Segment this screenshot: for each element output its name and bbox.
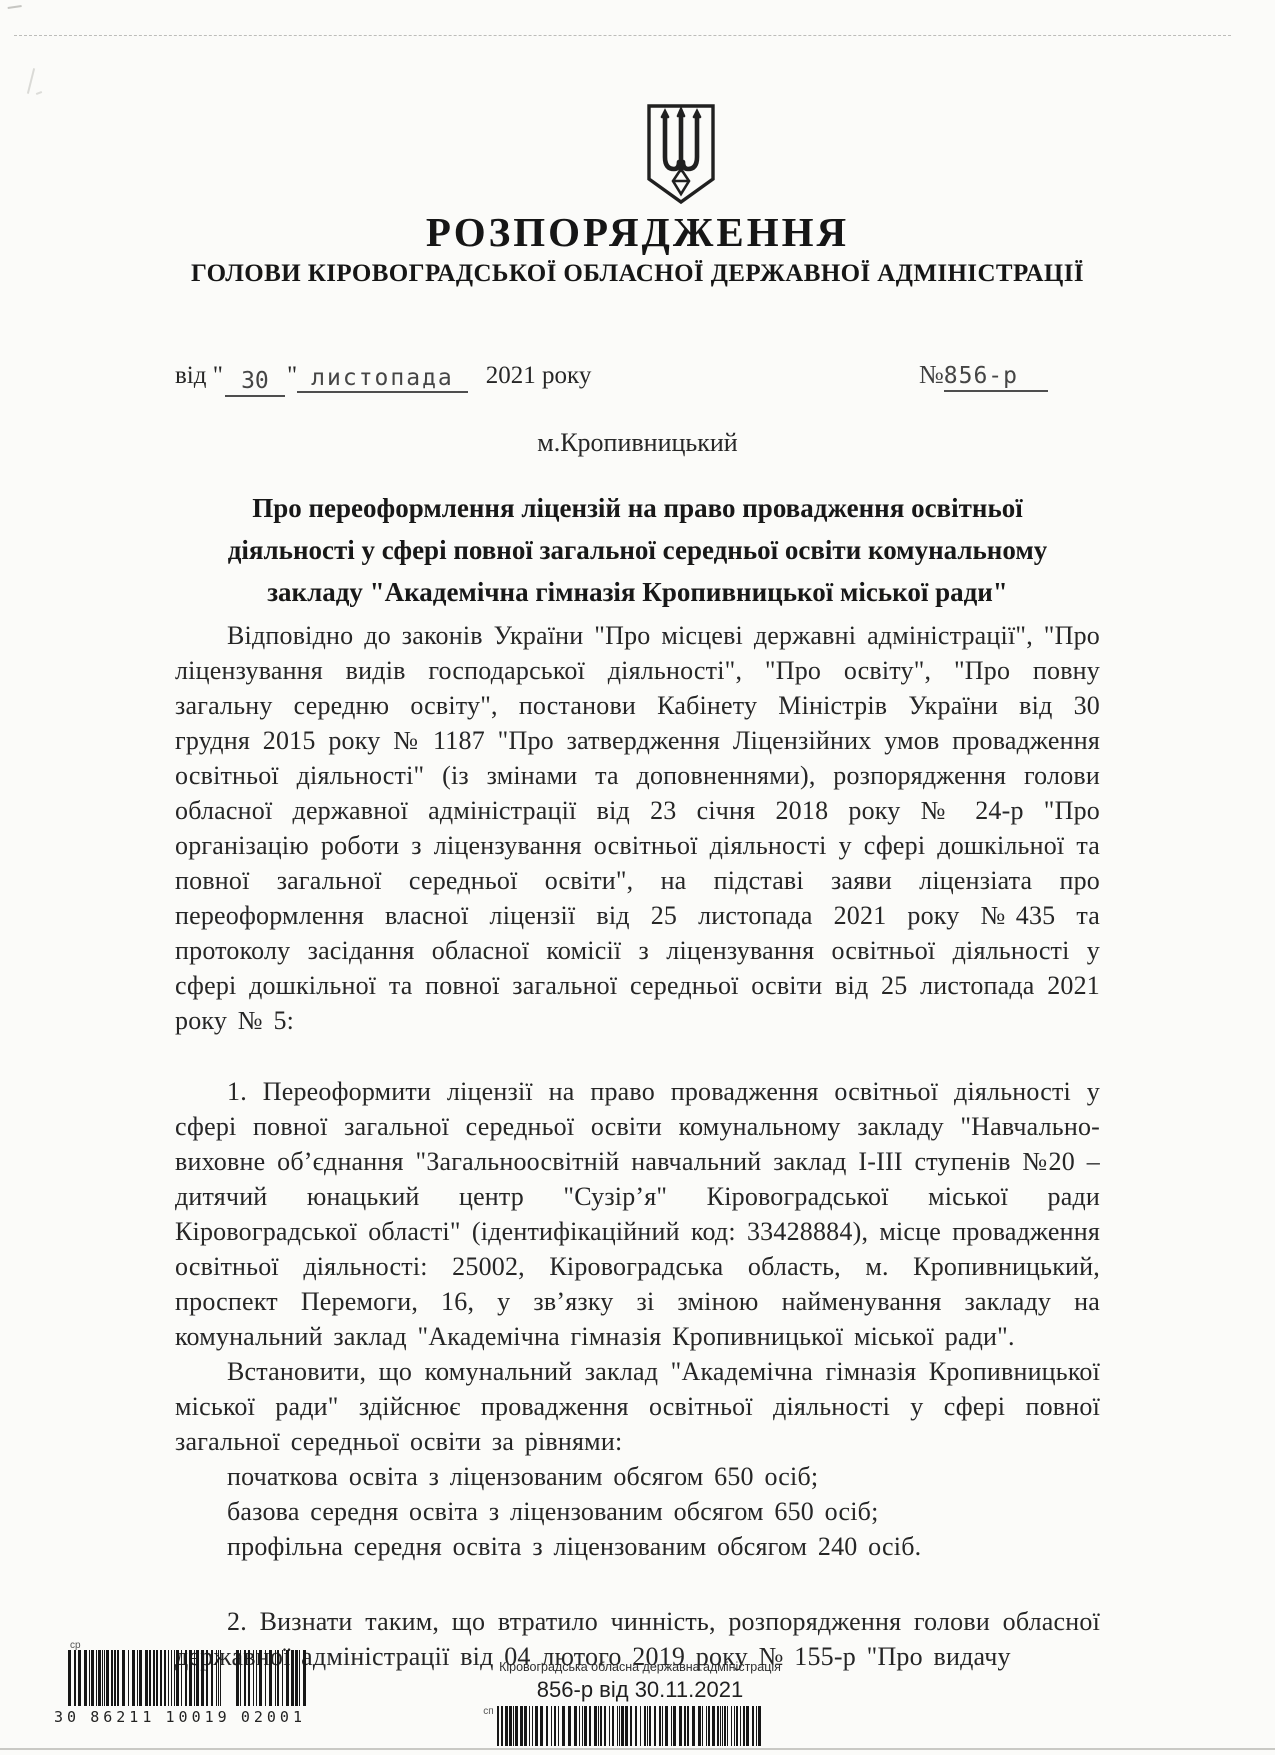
date-day-stamp: 30 <box>225 368 285 397</box>
scan-artifact-line <box>14 35 1231 36</box>
scan-edge-line <box>0 1748 1275 1750</box>
date-prefix: від " <box>175 362 223 389</box>
barcode-center-row: сп <box>370 1706 910 1746</box>
barcode-prefix-center: сп <box>483 1706 493 1717</box>
document-page: РОЗПОРЯДЖЕННЯ ГОЛОВИ КІРОВОГРАДСЬКОЇ ОБЛ… <box>0 0 1275 1755</box>
stamp-number: 856-р від 30.11.2021 <box>370 1677 910 1703</box>
barcode-center <box>497 1706 797 1746</box>
license-levels-list: початкова освіта з ліцензованим обсягом … <box>175 1459 1100 1564</box>
barcode-digits: 30 86211 10019 02001 <box>54 1708 306 1726</box>
date-quote: " <box>287 362 297 389</box>
level-item-primary: початкова освіта з ліцензованим обсягом … <box>227 1459 1100 1494</box>
number-value: 856-р <box>944 363 1048 392</box>
date-year: 2021 року <box>486 362 592 389</box>
date-month-stamp: листопада <box>297 365 468 393</box>
document-body: Відповідно до законів України "Про місце… <box>175 618 1100 1674</box>
barcode-left-addon <box>236 1650 306 1706</box>
scan-artifact-mark <box>27 68 35 94</box>
scan-artifact-mark <box>8 5 23 14</box>
authority-heading: ГОЛОВИ КІРОВОГРАДСЬКОЇ ОБЛАСНОЇ ДЕРЖАВНО… <box>130 260 1145 288</box>
barcode-left: ср 30 86211 10019 02001 <box>54 1640 312 1726</box>
number-sign: № <box>919 360 944 389</box>
scan-artifact-mark <box>36 91 42 95</box>
level-item-profile: профільна середня освіта з ліцензованим … <box>227 1529 1100 1564</box>
stamp-organization: Кіровоградська обласна державна адмініст… <box>370 1660 910 1675</box>
barcode-digit-group: 86211 <box>90 1708 155 1726</box>
barcode-left-main <box>68 1650 222 1706</box>
ukraine-trident-emblem <box>644 102 718 206</box>
paragraph-legal-basis: Відповідно до законів України "Про місце… <box>175 618 1100 1038</box>
date-line: від "30"листопада2021 року <box>175 362 591 392</box>
barcode-prefix-left: ср <box>70 1640 81 1651</box>
barcode-digit-group: 30 <box>54 1708 80 1726</box>
registration-stamp: Кіровоградська обласна державна адмініст… <box>370 1660 910 1746</box>
document-type-heading: РОЗПОРЯДЖЕННЯ <box>175 208 1100 256</box>
paragraph-establish: Встановити, що комунальний заклад "Акаде… <box>175 1354 1100 1459</box>
barcode-left-bars <box>54 1650 312 1706</box>
level-item-basic: базова середня освіта з ліцензованим обс… <box>227 1494 1100 1529</box>
paragraph-item-1: 1. Переоформити ліцензії на право провад… <box>175 1074 1100 1354</box>
document-number: №856-р <box>919 360 1048 392</box>
barcode-digit-group: 10019 <box>166 1708 231 1726</box>
barcode-digit-group: 02001 <box>241 1708 306 1726</box>
city-line: м.Кропивницький <box>175 428 1100 458</box>
meta-row: від "30"листопада2021 року №856-р <box>175 360 1100 392</box>
document-title: Про переоформлення ліцензій на право про… <box>195 487 1080 613</box>
